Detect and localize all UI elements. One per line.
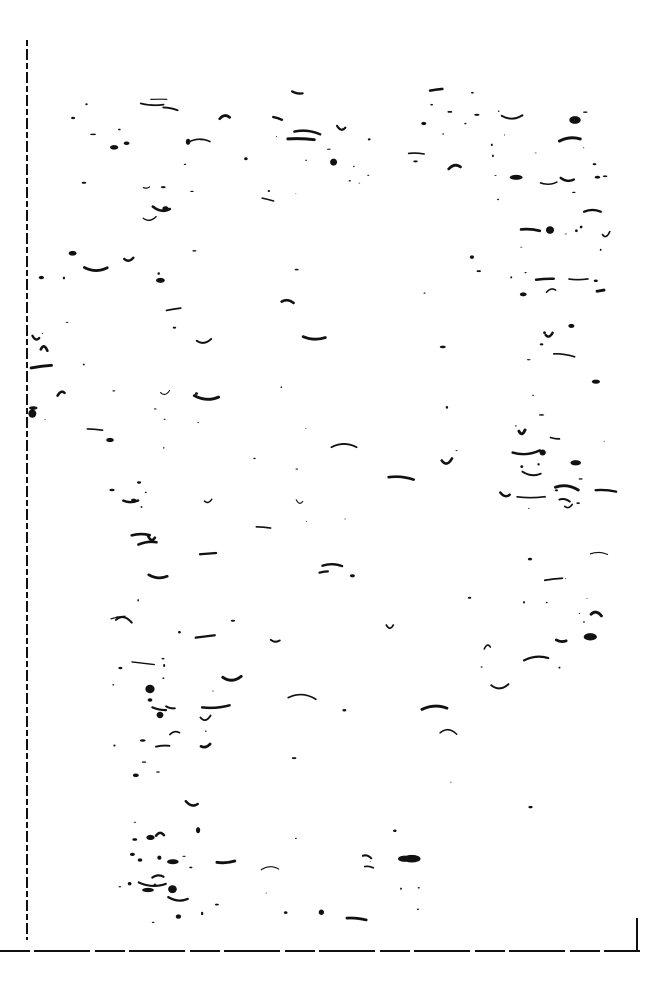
scanned-page [0,0,666,998]
scan-noise-marks [0,0,666,998]
